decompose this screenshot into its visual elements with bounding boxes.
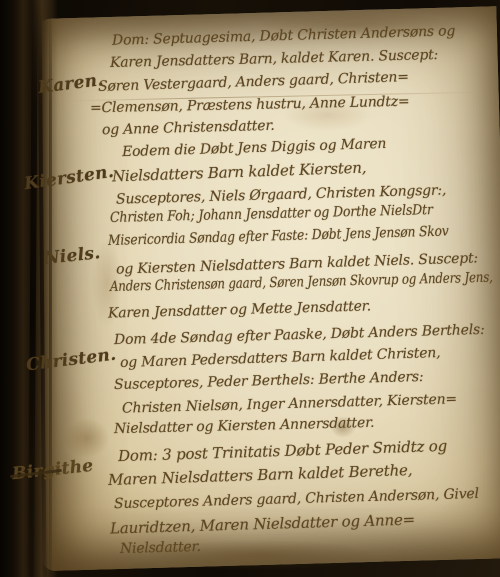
entry-line: Nielsdatter. (120, 539, 201, 557)
manuscript-scan: Karen. Kiersten. Niels. Christen. Birgit… (0, 0, 500, 577)
